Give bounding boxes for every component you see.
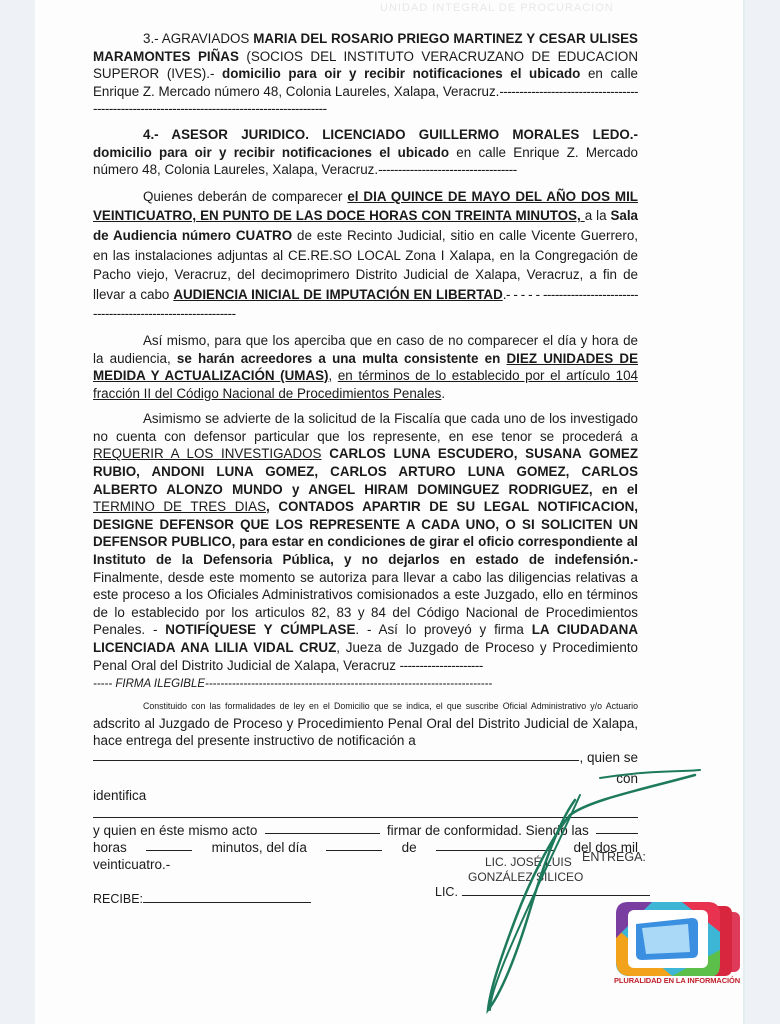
day-blank[interactable] — [326, 839, 382, 851]
paragraph-requerimiento: Asimismo se advierte de la solicitud de … — [93, 410, 638, 674]
recipient-line: , quien se — [93, 749, 638, 766]
recipient-blank[interactable] — [93, 749, 579, 761]
firma-ilegible: ----- FIRMA ILEGIBLE--------------------… — [93, 678, 638, 690]
paragraph-agraviados: 3.- AGRAVIADOS MARIA DEL ROSARIO PRIEGO … — [93, 30, 638, 118]
header-bleed-through: UNIDAD INTEGRAL DE PROCURACION — [380, 2, 614, 14]
officer-name-line1: LIC. JOSÉ LUIS — [485, 855, 572, 869]
entrega-blank[interactable] — [462, 884, 650, 896]
minutes-blank[interactable] — [146, 839, 192, 851]
paragraph-comparecencia: Quienes deberán de comparecer el DIA QUI… — [93, 187, 638, 324]
paragraph-asesor-juridico: 4.- ASESOR JURIDICO. LICENCIADO GUILLERM… — [93, 126, 638, 179]
watermark-caption: PLURALIDAD EN LA INFORMACIÓN — [614, 976, 740, 985]
constancia-notificacion: Constituido con las formalidades de ley … — [93, 696, 638, 749]
acto-line: y quien en éste mismo acto firmar de con… — [93, 822, 638, 839]
hearing-type: AUDIENCIA INICIAL DE IMPUTACIÓN EN LIBER… — [173, 287, 502, 302]
acto-blank[interactable] — [265, 822, 380, 834]
document-body: 3.- AGRAVIADOS MARIA DEL ROSARIO PRIEGO … — [93, 30, 638, 906]
entrega-label: ENTREGA: — [582, 850, 646, 864]
month-blank[interactable] — [436, 839, 554, 851]
time-line: horas minutos, del día de del dos mil — [93, 839, 638, 856]
entrega-line: LIC. — [435, 884, 650, 899]
paragraph-apercibimiento: Así mismo, para que los aperciba que en … — [93, 332, 638, 402]
requerir-investigados: REQUERIR A LOS INVESTIGADOS — [93, 446, 322, 461]
identification-blank[interactable] — [93, 804, 638, 818]
identifica-line: con — [93, 770, 638, 787]
hour-blank[interactable] — [596, 822, 638, 834]
officer-name-line2: GONZÁLEZ SILICEO — [468, 870, 583, 884]
recibe-blank[interactable] — [143, 891, 311, 903]
